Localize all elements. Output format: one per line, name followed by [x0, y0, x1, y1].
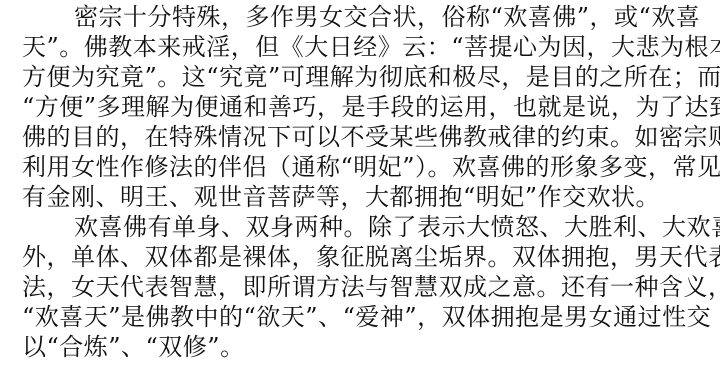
text-line: 天”。佛教本来戒淫，但《大日经》云：“菩提心为因，大悲为根本，	[22, 32, 698, 62]
text-line: “方便”多理解为便通和善巧，是手段的运用，也就是说，为了达到成	[22, 92, 698, 122]
text-line: 密宗十分特殊，多作男女交合状，俗称“欢喜佛”，或“欢喜	[22, 2, 698, 32]
text-line: “欢喜天”是佛教中的“欲天”、“爱神”，双体拥抱是男女通过性交	[22, 302, 698, 332]
text-line: 方便为究竟”。这“究竟”可理解为彻底和极尽，是目的之所在；而	[22, 62, 698, 92]
text-line: 以“合炼”、“双修”。	[22, 332, 698, 362]
text-line: 欢喜佛有单身、双身两种。除了表示大愤怒、大胜利、大欢喜之	[22, 212, 698, 242]
text-line: 外，单体、双体都是裸体，象征脱离尘垢界。双体拥抱，男天代表方	[22, 242, 698, 272]
paragraph-2: 欢喜佛有单身、双身两种。除了表示大愤怒、大胜利、大欢喜之 外，单体、双体都是裸体…	[22, 212, 698, 362]
text-line: 利用女性作修法的伴侣（通称“明妃”）。欢喜佛的形象多变，常见的	[22, 152, 698, 182]
text-line: 法，女天代表智慧，即所谓方法与智慧双成之意。还有一种含义，说	[22, 272, 698, 302]
document-page: 密宗十分特殊，多作男女交合状，俗称“欢喜佛”，或“欢喜 天”。佛教本来戒淫，但《…	[22, 2, 698, 362]
paragraph-1: 密宗十分特殊，多作男女交合状，俗称“欢喜佛”，或“欢喜 天”。佛教本来戒淫，但《…	[22, 2, 698, 212]
text-line: 佛的目的，在特殊情况下可以不受某些佛教戒律的约束。如密宗则可以	[22, 122, 698, 152]
text-line: 有金刚、明王、观世音菩萨等，大都拥抱“明妃”作交欢状。	[22, 182, 698, 212]
